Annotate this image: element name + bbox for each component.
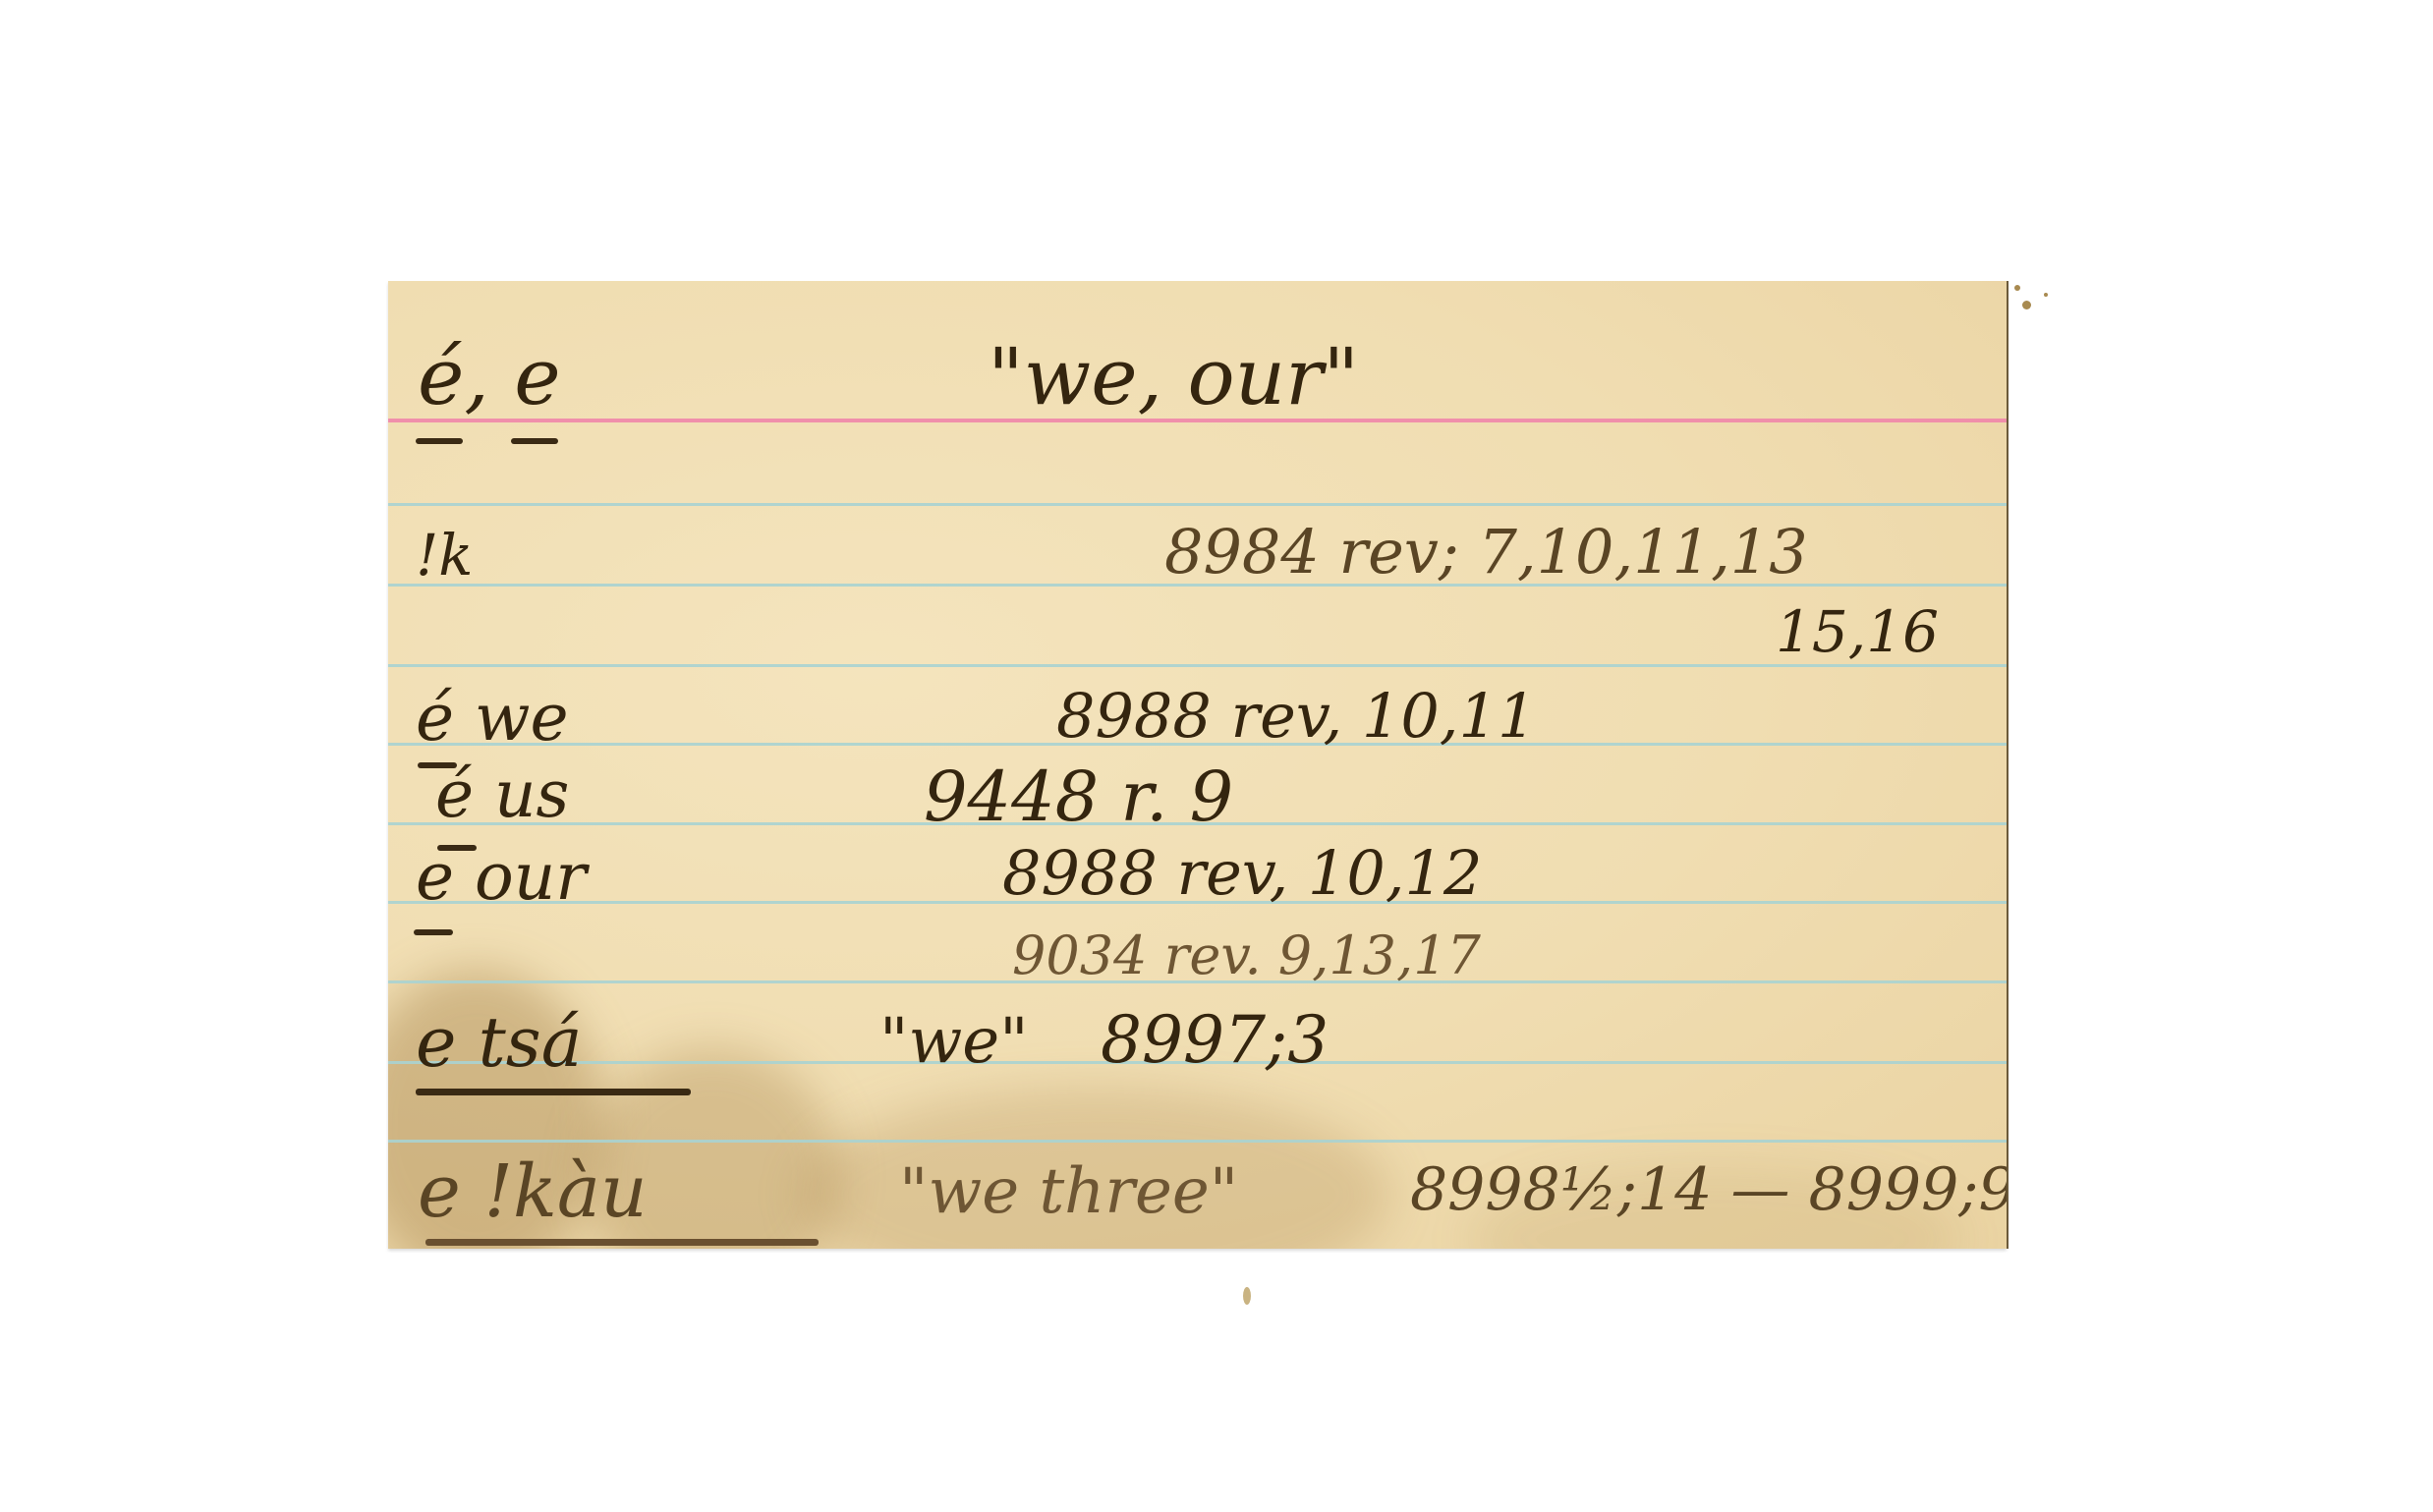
index-card: é, e "we, our" !k 8984 rev; 7,10,11,13 1… (388, 281, 2007, 1249)
entry-ref: 8988 rev, 10,12 (1002, 843, 1482, 904)
entry-term: é us (435, 762, 569, 827)
underline (414, 929, 453, 935)
header-term: é, e (418, 338, 561, 417)
underline (425, 1239, 819, 1246)
paper-speck (2022, 301, 2031, 309)
underline (416, 438, 463, 444)
entry-ref: 8988 rev, 10,11 (1056, 686, 1536, 747)
underline (511, 438, 558, 444)
entry-ref: 9448 r. 9 (924, 762, 1233, 831)
entry-gloss: "we three" (899, 1160, 1238, 1223)
entry-ref-continued: 15,16 (1776, 603, 1939, 660)
paper-speck (2044, 293, 2048, 297)
ruled-line (388, 664, 2007, 667)
entry-term: e our (416, 845, 587, 910)
entry-gloss: "we" (879, 1010, 1029, 1073)
entry-ref: 8997;3 (1101, 1008, 1329, 1073)
entry-term: é we (416, 686, 569, 751)
entry-term: e !kàu (418, 1155, 648, 1228)
header-gloss: "we, our" (988, 338, 1359, 417)
ruled-line (388, 1140, 2007, 1143)
entry-ref-continued: 9034 rev. 9,13,17 (1012, 929, 1481, 982)
underline (416, 1089, 691, 1095)
paper-speck (2014, 285, 2020, 291)
entry-ref: 8998½;14 — 8999;9 (1410, 1160, 2007, 1219)
entry-term: e tsá (416, 1008, 582, 1077)
entry-term: !k (416, 527, 473, 584)
ruled-line (388, 503, 2007, 506)
paper-speck (1243, 1287, 1251, 1305)
entry-ref: 8984 rev; 7,10,11,13 (1164, 522, 1808, 583)
